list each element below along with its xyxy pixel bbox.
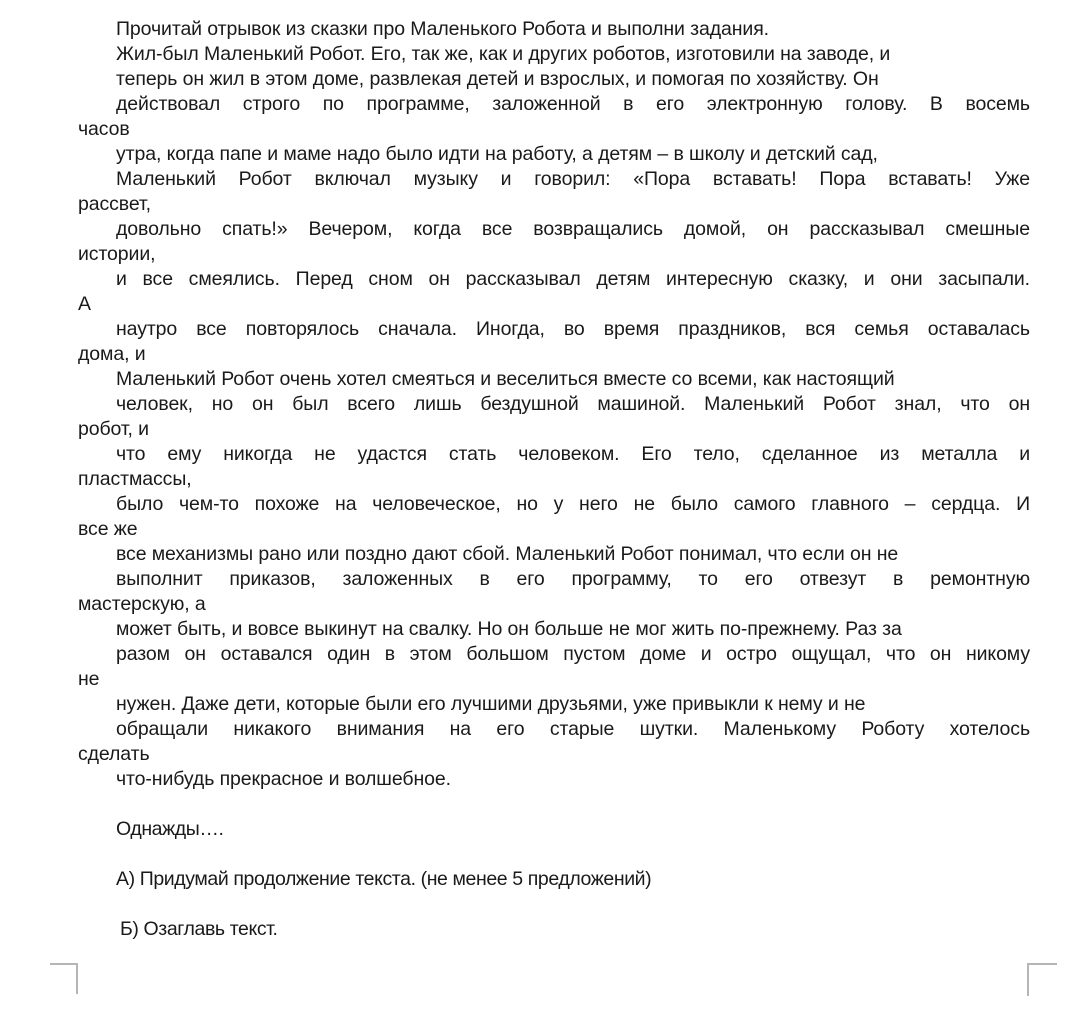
- text-line: разом он оставался один в этом большом п…: [78, 642, 1030, 667]
- text-line: может быть, и вовсе выкинут на свалку. Н…: [78, 617, 1030, 642]
- spacer: [78, 792, 1030, 817]
- text-line: утра, когда папе и маме надо было идти н…: [78, 142, 1030, 167]
- intro-line: Прочитай отрывок из сказки про Маленьког…: [78, 17, 1030, 42]
- text-line: что-нибудь прекрасное и волшебное.: [78, 767, 1030, 792]
- text-line: наутро все повторялось сначала. Иногда, …: [78, 317, 1030, 342]
- task-a: А) Придумай продолжение текста. (не мене…: [78, 867, 1030, 892]
- text-line-wrap: истории,: [78, 242, 1030, 267]
- task-b: Б) Озаглавь текст.: [78, 917, 1030, 942]
- text-line: довольно спать!» Вечером, когда все возв…: [78, 217, 1030, 242]
- text-line: человек, но он был всего лишь бездушной …: [78, 392, 1030, 417]
- page-corner-mark-right-icon: [1027, 963, 1057, 996]
- text-line-wrap: А: [78, 292, 1030, 317]
- text-line: Жил-был Маленький Робот. Его, так же, ка…: [78, 42, 1030, 67]
- text-line: и все смеялись. Перед сном он рассказыва…: [78, 267, 1030, 292]
- text-line: все механизмы рано или поздно дают сбой.…: [78, 542, 1030, 567]
- text-line-wrap: часов: [78, 117, 1030, 142]
- text-line-wrap: не: [78, 667, 1030, 692]
- text-line-wrap: рассвет,: [78, 192, 1030, 217]
- text-line: выполнит приказов, заложенных в его прог…: [78, 567, 1030, 592]
- continuation-prompt: Однажды….: [78, 817, 1030, 842]
- text-line: что ему никогда не удастся стать человек…: [78, 442, 1030, 467]
- text-line-wrap: дома, и: [78, 342, 1030, 367]
- spacer: [78, 842, 1030, 867]
- text-line-wrap: пластмассы,: [78, 467, 1030, 492]
- page-corner-mark-left-icon: [50, 963, 78, 994]
- text-line: теперь он жил в этом доме, развлекая дет…: [78, 67, 1030, 92]
- text-line: нужен. Даже дети, которые были его лучши…: [78, 692, 1030, 717]
- text-line: действовал строго по программе, заложенн…: [78, 92, 1030, 117]
- text-line: было чем-то похоже на человеческое, но у…: [78, 492, 1030, 517]
- text-line-wrap: все же: [78, 517, 1030, 542]
- text-line-wrap: сделать: [78, 742, 1030, 767]
- text-line: Маленький Робот очень хотел смеяться и в…: [78, 367, 1030, 392]
- text-line-wrap: мастерскую, а: [78, 592, 1030, 617]
- text-line: обращали никакого внимания на его старые…: [78, 717, 1030, 742]
- spacer: [78, 892, 1030, 917]
- text-line: Маленький Робот включал музыку и говорил…: [78, 167, 1030, 192]
- text-line-wrap: робот, и: [78, 417, 1030, 442]
- document-page: Прочитай отрывок из сказки про Маленьког…: [78, 17, 1030, 942]
